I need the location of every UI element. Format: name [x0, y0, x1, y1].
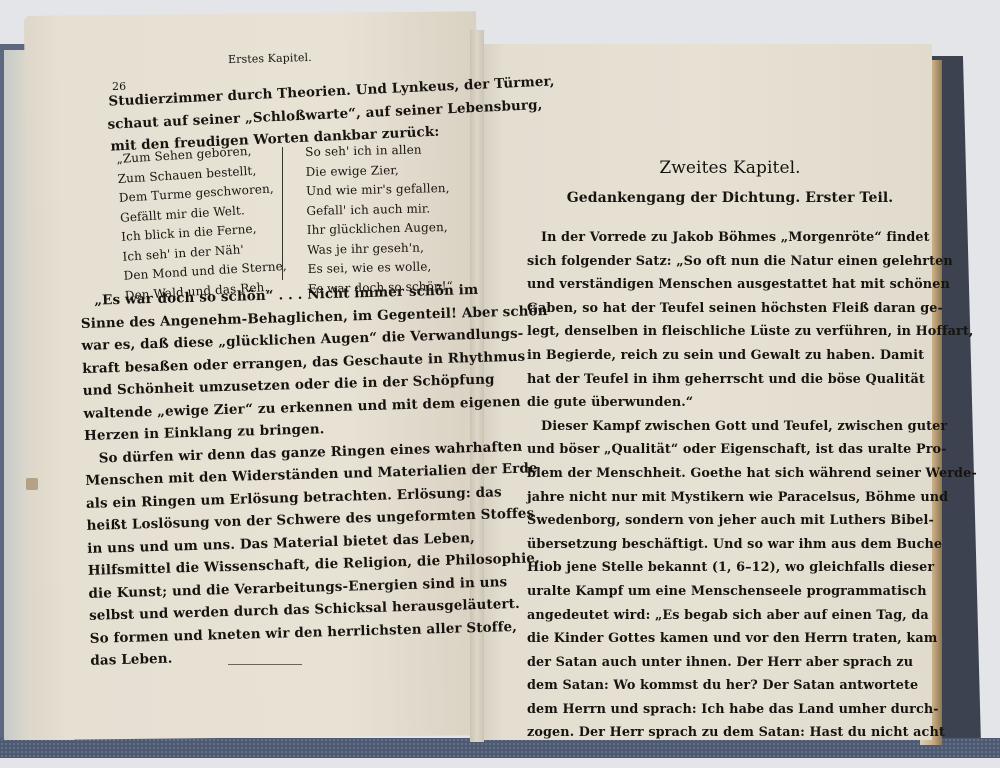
- text-line: blem der Menschheit. Goethe hat sich wäh…: [527, 462, 977, 486]
- text-line: hat der Teufel in ihm geherrscht und die…: [527, 368, 977, 392]
- page-stain: [26, 478, 38, 490]
- text-line: angedeutet wird: „Es begab sich aber auf…: [527, 604, 977, 628]
- text-line: uralte Kampf um eine Menschenseele progr…: [527, 580, 977, 604]
- text-line: Gaben, so hat der Teufel seinen höchsten…: [527, 297, 977, 321]
- right-body-text: In der Vorrede zu Jakob Böhmes „Morgenrö…: [527, 226, 977, 745]
- poem-column-b: So seh' ich in allen Die ewige Zier, Und…: [305, 140, 453, 299]
- text-line: dem Herrn und sprach: Ich habe das Land …: [527, 698, 977, 722]
- text-line: In der Vorrede zu Jakob Böhmes „Morgenrö…: [527, 226, 977, 250]
- left-body-text: „Es war doch so schön“ . . . Nicht immer…: [80, 277, 557, 672]
- chapter-title: Zweites Kapitel.: [520, 158, 940, 178]
- section-title: Gedankengang der Dichtung. Erster Teil.: [520, 190, 940, 206]
- text-line: und böser „Qualität“ oder Eigenschaft, i…: [527, 438, 977, 462]
- text-line: sich folgender Satz: „So oft nun die Nat…: [527, 250, 977, 274]
- text-line: die Kinder Gottes kamen und vor den Herr…: [527, 627, 977, 651]
- text-line: Dieser Kampf zwischen Gott und Teufel, z…: [527, 415, 977, 439]
- section-end-rule: [228, 664, 302, 665]
- text-line: übersetzung beschäftigt. Und so war ihm …: [527, 533, 977, 557]
- text-line: der Satan auch unter ihnen. Der Herr abe…: [527, 651, 977, 675]
- text-line: Swedenborg, sondern von jeher auch mit L…: [527, 509, 977, 533]
- text-line: jahre nicht nur mit Mystikern wie Parace…: [527, 486, 977, 510]
- running-head: Erstes Kapitel.: [228, 51, 312, 66]
- text-line: Hiob jene Stelle bekannt (1, 6–12), wo g…: [527, 556, 977, 580]
- poem-line: Und wie mir's gefallen,: [306, 179, 451, 202]
- text-line: legt, denselben in fleischliche Lüste zu…: [527, 320, 977, 344]
- text-line: zogen. Der Herr sprach zu dem Satan: Has…: [527, 721, 977, 745]
- poem-line: Es sei, wie es wolle,: [307, 257, 452, 280]
- text-line: und verständigen Menschen ausgestattet h…: [527, 273, 977, 297]
- poem-column-a: „Zum Sehen geboren, Zum Schauen bestellt…: [116, 140, 289, 306]
- text-line: dem Satan: Wo kommst du her? Der Satan a…: [527, 674, 977, 698]
- poem-divider: [282, 147, 283, 280]
- text-line: in Begierde, reich zu sein und Gewalt zu…: [527, 344, 977, 368]
- poem-line: Ihr glücklichen Augen,: [307, 218, 452, 241]
- text-line: die gute überwunden.“: [527, 391, 977, 415]
